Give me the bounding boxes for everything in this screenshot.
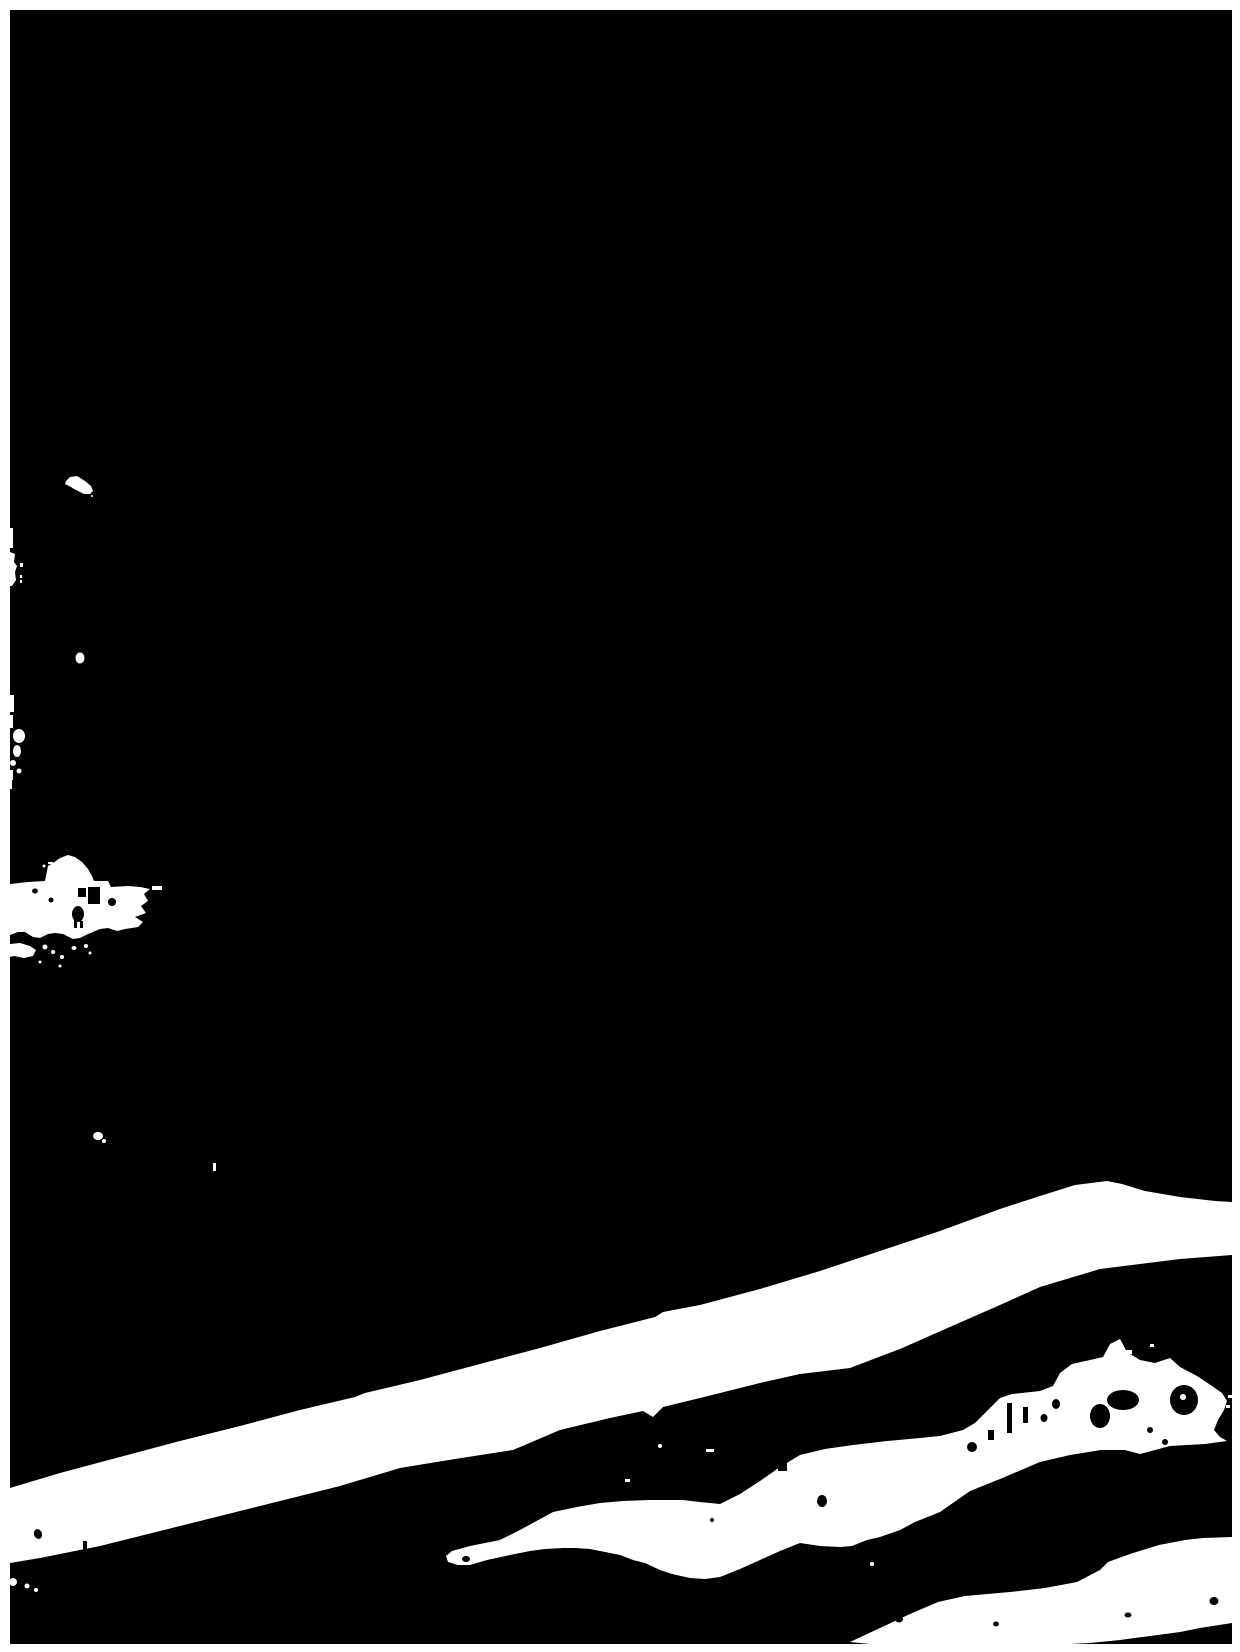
mid-comma-speck-tail xyxy=(102,1139,106,1143)
texture-hole xyxy=(1090,1404,1110,1428)
house-hole xyxy=(32,889,38,894)
texture-hole-slot xyxy=(1007,1403,1012,1433)
texture-hole-inner-dot xyxy=(1180,1394,1186,1400)
texture-hole xyxy=(1107,1390,1139,1410)
middle-band-notch xyxy=(778,1463,787,1471)
left-edge-dash xyxy=(10,715,13,728)
texture-hole-slot xyxy=(988,1430,994,1440)
left-edge-speck xyxy=(20,575,22,578)
left-edge-dot xyxy=(10,760,16,766)
below-band-speck xyxy=(9,1578,17,1586)
texture-hole xyxy=(1162,1439,1168,1445)
house-speck xyxy=(51,950,55,954)
texture-hole xyxy=(1041,1414,1048,1422)
middle-band-hole xyxy=(710,1518,714,1522)
lower-band-hole xyxy=(993,1622,999,1627)
texture-hole xyxy=(1170,1385,1198,1415)
texture-hole xyxy=(967,1442,977,1452)
gap-speck xyxy=(943,1446,946,1449)
house-hole xyxy=(49,898,54,903)
gap-speck xyxy=(870,1562,874,1566)
upper-band-hole-dash xyxy=(83,1541,87,1551)
texture-hole xyxy=(1052,1399,1060,1409)
boat-streak-speck xyxy=(91,495,93,497)
lower-band-hole xyxy=(895,1616,903,1623)
texture-fringe-speck xyxy=(1124,1350,1132,1354)
house-bird-hole xyxy=(72,906,84,922)
middle-band-tip-hole xyxy=(462,1556,470,1562)
lower-band-hole xyxy=(1125,1613,1132,1618)
gap-speck-dash xyxy=(706,1449,714,1452)
roof-speck-dash xyxy=(48,862,53,864)
roof-speck xyxy=(43,865,46,868)
house-hole xyxy=(108,898,116,906)
house-speck xyxy=(72,946,77,950)
left-edge-dash xyxy=(10,770,13,780)
middle-band-hole xyxy=(817,1495,827,1507)
white-dot xyxy=(76,653,85,664)
left-edge-dash xyxy=(10,695,14,712)
right-edge-dash xyxy=(1226,1405,1230,1408)
texture-fringe-speck xyxy=(1150,1344,1154,1347)
left-edge-sliver xyxy=(10,780,12,789)
lower-band-hole xyxy=(1210,1597,1219,1605)
below-band-speck xyxy=(34,1588,38,1592)
house-speck xyxy=(84,944,88,948)
house-speck xyxy=(60,955,64,959)
left-edge-comma xyxy=(13,729,25,743)
mid-tick-speck xyxy=(213,1163,216,1171)
right-edge-dash xyxy=(1228,1395,1232,1398)
left-edge-dot xyxy=(17,769,22,774)
left-edge-speck xyxy=(20,580,22,583)
below-band-speck xyxy=(25,1584,30,1589)
gap-speck-dash xyxy=(625,1479,630,1482)
house-bird-leg xyxy=(80,921,83,928)
house-speck xyxy=(89,952,92,955)
binary-image xyxy=(0,0,1240,1652)
house-speck xyxy=(43,945,48,950)
above-lower-band-speck xyxy=(1224,1565,1228,1570)
left-edge-line xyxy=(10,528,13,548)
gap-speck xyxy=(658,1444,662,1448)
texture-hole xyxy=(1147,1427,1153,1433)
house-hole-rect xyxy=(88,887,100,904)
mid-comma-speck xyxy=(93,1132,103,1140)
binary-mask-figure xyxy=(0,0,1240,1652)
house-bird-leg xyxy=(74,920,77,928)
house-hole-rect xyxy=(78,888,86,897)
texture-hole-slot xyxy=(1023,1407,1028,1423)
house-speck xyxy=(59,965,62,968)
house-speck xyxy=(39,961,42,964)
left-edge-speck xyxy=(20,563,23,567)
house-right-dash xyxy=(152,886,162,890)
left-edge-comma-tail xyxy=(13,745,21,757)
